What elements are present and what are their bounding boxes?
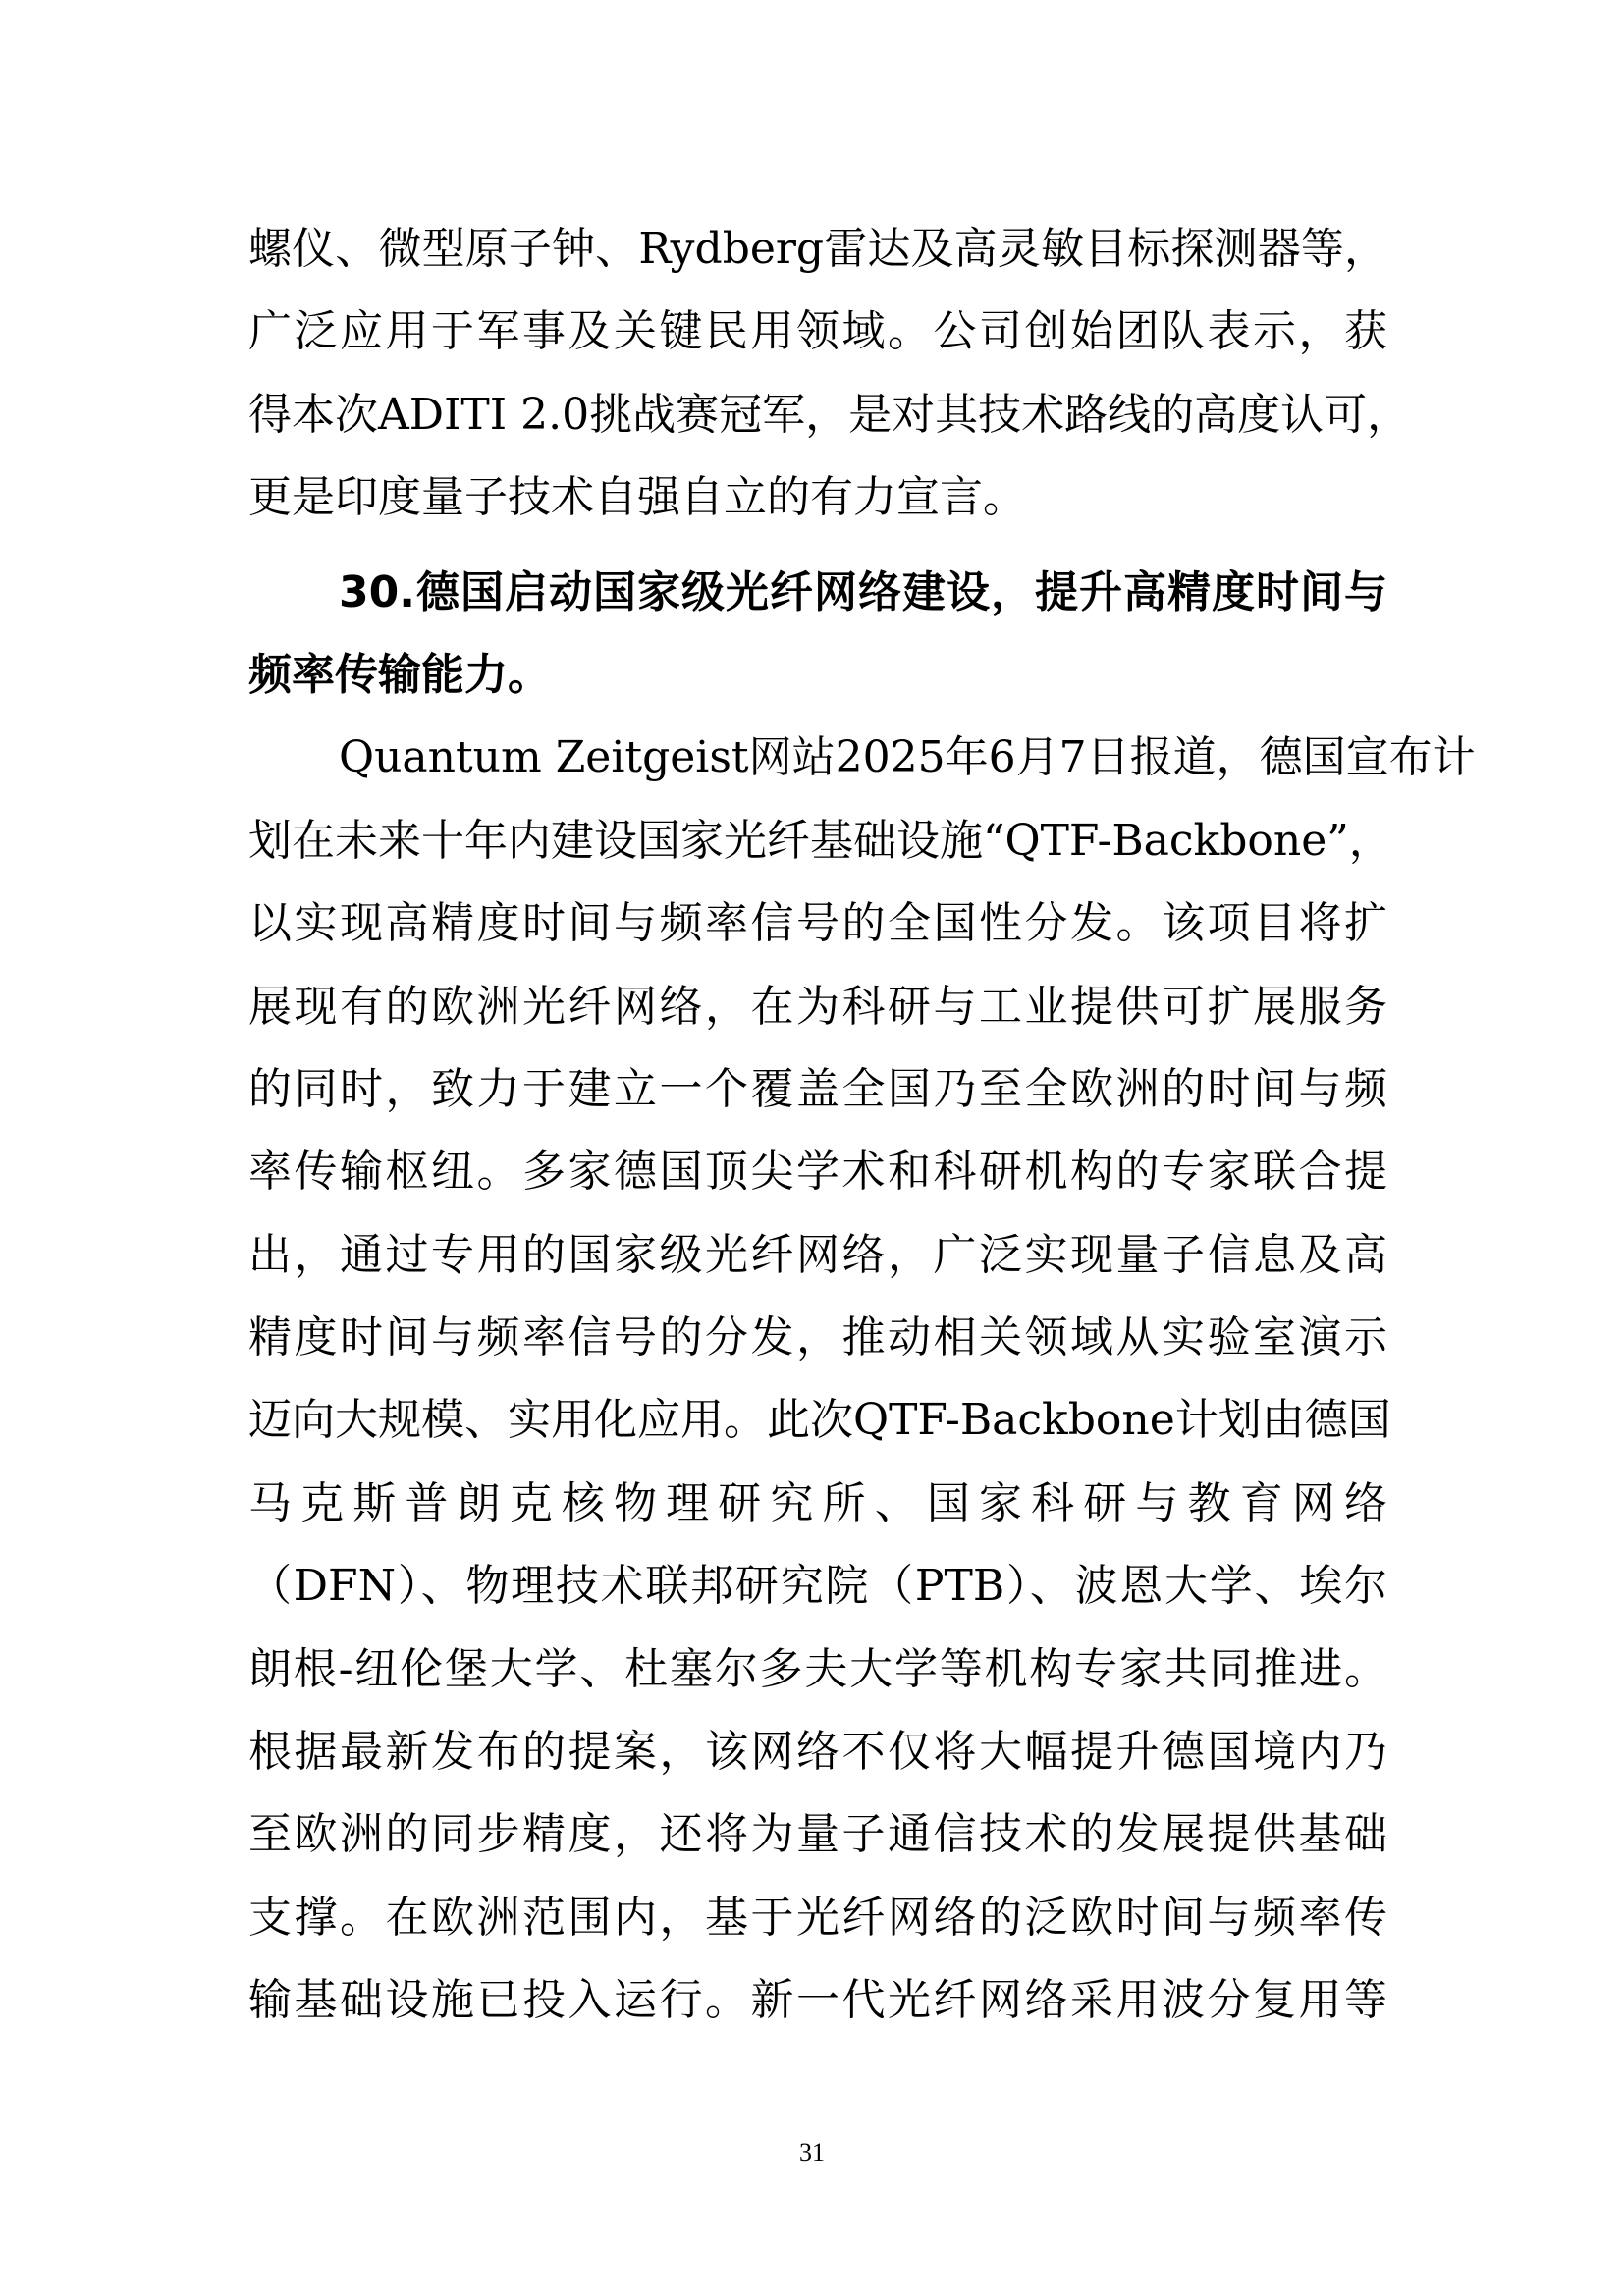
page-body: 螺仪、微型原子钟、Rydberg雷达及高灵敏目标探测器等， 广泛应用于军事及关键… [248,208,1387,2043]
text-line: 至欧洲的同步精度，还将为量子通信技术的发展提供基础 [248,1793,1387,1876]
text-line: 输基础设施已投入运行。新一代光纤网络采用波分复用等 [248,1959,1387,2042]
text-line: 更是印度量子技术自强自立的有力宣言。 [248,456,1387,539]
page-number: 31 [0,2138,1624,2167]
text-line: 得本次ADITI 2.0挑战赛冠军，是对其技术路线的高度认可， [248,374,1387,456]
heading-line: 30.德国启动国家级光纤网络建设，提升高精度时间与 [248,552,1387,634]
text-line: 广泛应用于军事及关键民用领域。公司创始团队表示，获 [248,291,1387,373]
text-line: 划在未来十年内建设国家光纤基础设施“QTF-Backbone”， [248,800,1387,882]
text-line: 支撑。在欧洲范围内，基于光纤网络的泛欧时间与频率传 [248,1877,1387,1959]
text-line: 根据最新发布的提案，该网络不仅将大幅提升德国境内乃 [248,1711,1387,1793]
text-line: 朗根-纽伦堡大学、杜塞尔多夫大学等机构专家共同推进。 [248,1629,1387,1711]
text-line: 以实现高精度时间与频率信号的全国性分发。该项目将扩 [248,882,1387,965]
text-line: 的同时，致力于建立一个覆盖全国乃至全欧洲的时间与频 [248,1048,1387,1131]
body-paragraph: Quantum Zeitgeist网站2025年6月7日报道，德国宣布计 划在未… [248,717,1387,2042]
text-line: 螺仪、微型原子钟、Rydberg雷达及高灵敏目标探测器等， [248,208,1387,291]
text-line: 马克斯普朗克核物理研究所、国家科研与教育网络 [248,1463,1387,1545]
text-line: 迈向大规模、实用化应用。此次QTF-Backbone计划由德国 [248,1379,1387,1462]
text-line: 精度时间与频率信号的分发，推动相关领域从实验室演示 [248,1297,1387,1379]
heading-line: 频率传输能力。 [248,634,1387,717]
text-line: 率传输枢纽。多家德国顶尖学术和科研机构的专家联合提 [248,1131,1387,1213]
text-line: （DFN）、物理技术联邦研究院（PTB）、波恩大学、埃尔 [248,1545,1387,1628]
section-heading: 30.德国启动国家级光纤网络建设，提升高精度时间与 频率传输能力。 [248,552,1387,718]
continued-paragraph: 螺仪、微型原子钟、Rydberg雷达及高灵敏目标探测器等， 广泛应用于军事及关键… [248,208,1387,540]
text-line: 出，通过专用的国家级光纤网络，广泛实现量子信息及高 [248,1214,1387,1297]
text-line: Quantum Zeitgeist网站2025年6月7日报道，德国宣布计 [248,717,1387,799]
text-line: 展现有的欧洲光纤网络，在为科研与工业提供可扩展服务 [248,966,1387,1048]
